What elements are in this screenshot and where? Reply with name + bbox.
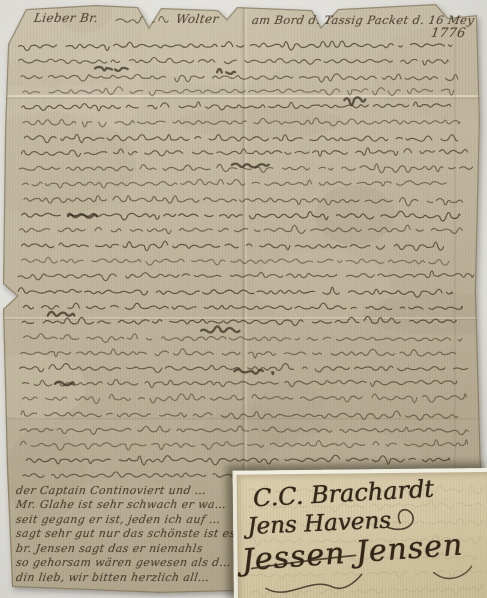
scanned-letter-photo: Lieber Br. Wolter am Bord d. Tassig Pack… xyxy=(0,0,487,598)
signature-inset: C.C. Brachardt Jens Havens Jessen Jensen xyxy=(233,468,487,598)
